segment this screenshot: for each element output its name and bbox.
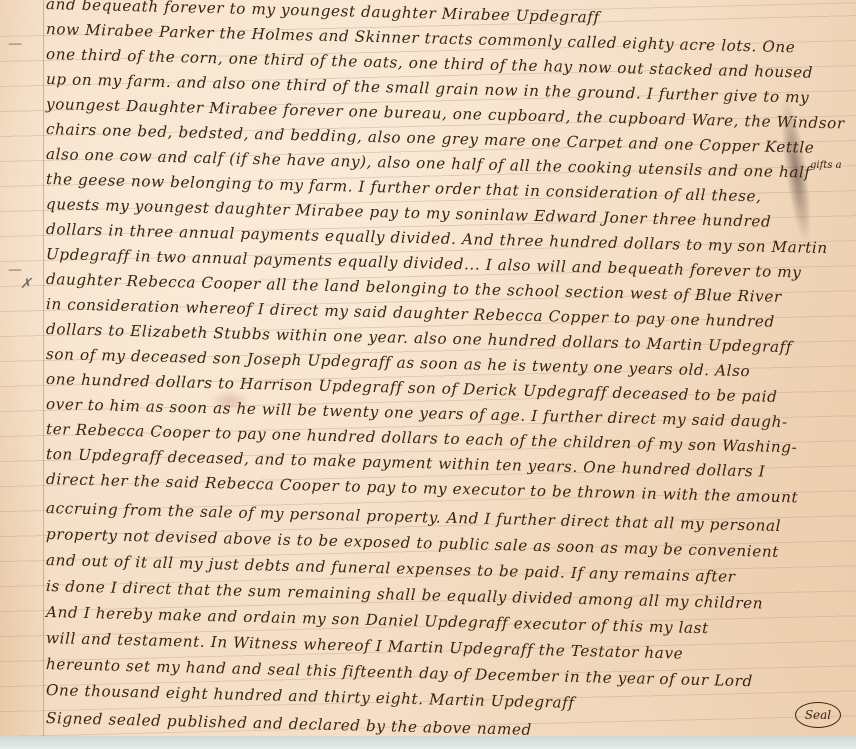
scan-background	[0, 736, 856, 749]
margin-dash-mark: —	[8, 36, 22, 52]
ledger-page: — — ✗ and bequeath forever to my younges…	[0, 0, 856, 738]
seal-mark: Seal	[795, 702, 841, 728]
interlinear-insertion: gifts a	[810, 160, 842, 171]
margin-check-mark: ✗	[20, 276, 32, 292]
margin-rule	[43, 0, 44, 738]
